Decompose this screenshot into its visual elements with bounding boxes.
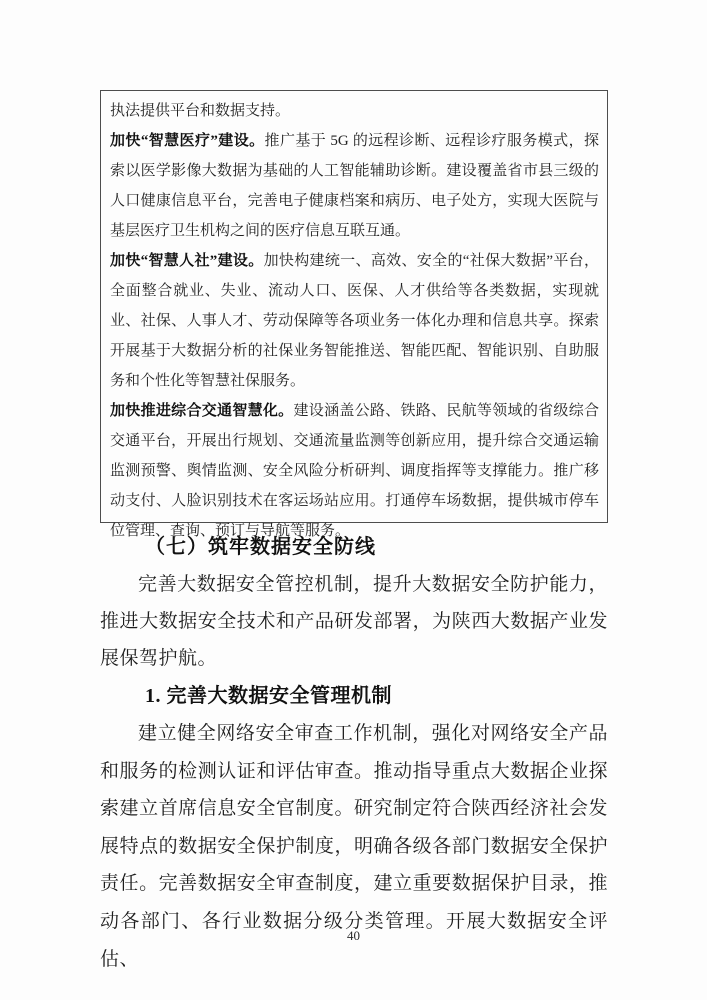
paragraph-text: 加快构建统一、高效、安全的“社保大数据”平台，全面整合就业、失业、流动人口、医保… (110, 253, 599, 389)
paragraph-lead: 加快推进综合交通智慧化。 (110, 403, 293, 419)
section-heading: （七）筑牢数据安全防线 (100, 528, 608, 566)
section-intro-paragraph: 完善大数据安全管控机制，提升大数据安全防护能力，推进大数据安全技术和产品研发部署… (100, 566, 608, 677)
document-page: 执法提供平台和数据支持。 加快“智慧医疗”建设。推广基于 5G 的远程诊断、远程… (0, 0, 707, 1000)
paragraph-text: 执法提供平台和数据支持。 (110, 103, 290, 119)
boxed-text-block: 执法提供平台和数据支持。 加快“智慧医疗”建设。推广基于 5G 的远程诊断、远程… (100, 90, 608, 523)
box-paragraph-smart-social-security: 加快“智慧人社”建设。加快构建统一、高效、安全的“社保大数据”平台，全面整合就业… (110, 246, 599, 396)
box-paragraph-continuation: 执法提供平台和数据支持。 (110, 96, 599, 126)
data-security-section: （七）筑牢数据安全防线 完善大数据安全管控机制，提升大数据安全防护能力，推进大数… (100, 528, 608, 978)
subsection-heading: 1. 完善大数据安全管理机制 (100, 677, 608, 715)
box-paragraph-smart-transport: 加快推进综合交通智慧化。建设涵盖公路、铁路、民航等领域的省级综合交通平台，开展出… (110, 396, 599, 546)
paragraph-lead: 加快“智慧人社”建设。 (110, 253, 264, 269)
page-number: 40 (0, 928, 707, 944)
box-paragraph-smart-healthcare: 加快“智慧医疗”建设。推广基于 5G 的远程诊断、远程诊疗服务模式，探索以医学影… (110, 126, 599, 246)
paragraph-text: 建设涵盖公路、铁路、民航等领域的省级综合交通平台，开展出行规划、交通流量监测等创… (110, 403, 599, 539)
paragraph-lead: 加快“智慧医疗”建设。 (110, 133, 265, 149)
